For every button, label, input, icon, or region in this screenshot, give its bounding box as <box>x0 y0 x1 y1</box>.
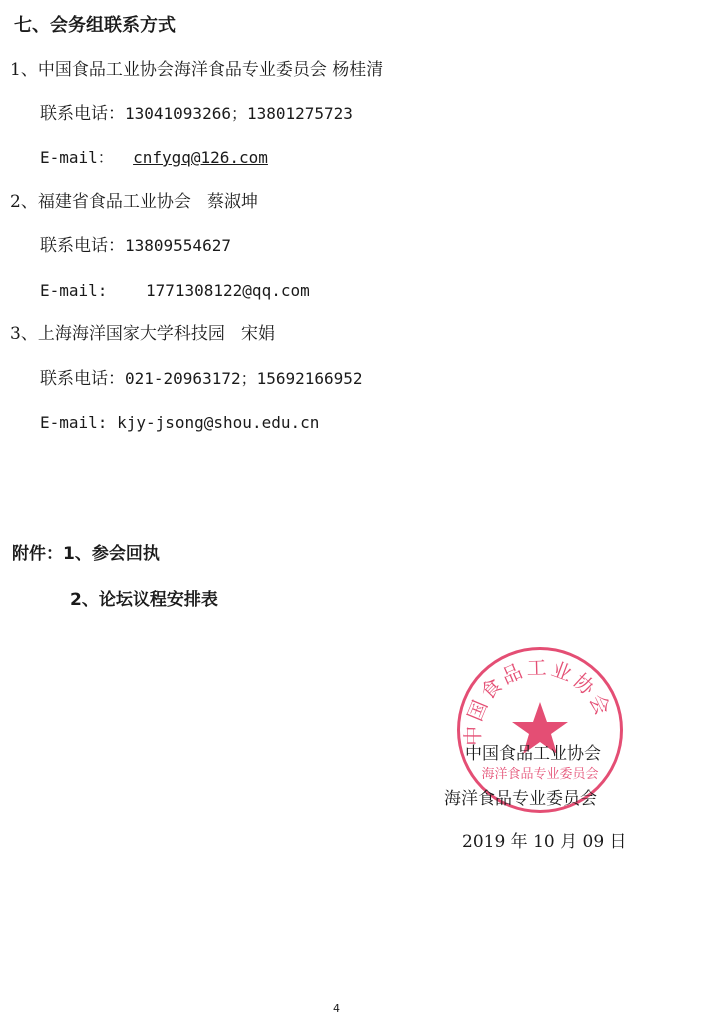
phone-value: 13041093266；13801275723 <box>125 104 353 123</box>
attachment-item: 2、论坛议程安排表 <box>70 589 218 611</box>
contact-1-email-row: E-mail： cnfygq@126.com <box>40 147 268 169</box>
contact-3-phone-row: 联系电话：021-20963172；15692166952 <box>40 368 363 390</box>
email-value: kjy-jsong@shou.edu.cn <box>117 413 319 432</box>
attachments-label: 附件： <box>12 544 63 564</box>
phone-label: 联系电话： <box>40 104 125 124</box>
contact-2-phone-row: 联系电话：13809554627 <box>40 235 231 257</box>
contact-1-phone-row: 联系电话：13041093266；13801275723 <box>40 103 353 125</box>
contact-2-org: 2、福建省食品工业协会 蔡淑坤 <box>10 191 258 213</box>
phone-label: 联系电话： <box>40 369 125 389</box>
contact-3-email-row: E-mail: kjy-jsong@shou.edu.cn <box>40 412 319 434</box>
phone-value: 021-20963172；15692166952 <box>125 369 363 388</box>
page-number: 4 <box>333 1002 340 1015</box>
email-value: 1771308122@qq.com <box>146 281 310 300</box>
signature-org-line-2: 海洋食品专业委员会 <box>444 788 597 810</box>
phone-label: 联系电话： <box>40 236 125 256</box>
email-label: E-mail： <box>40 148 114 167</box>
email-link[interactable]: cnfygq@126.com <box>133 148 268 167</box>
phone-value: 13809554627 <box>125 236 231 255</box>
signature-org-line-1: 中国食品工业协会 <box>465 743 601 765</box>
contact-3-org: 3、上海海洋国家大学科技园 宋娟 <box>10 323 275 345</box>
signature-date: 2019 年 10 月 09 日 <box>462 831 627 853</box>
attachments-row-1: 附件：1、参会回执 <box>12 543 160 565</box>
email-label: E-mail: <box>40 413 107 432</box>
contact-1-org: 1、中国食品工业协会海洋食品专业委员会 杨桂清 <box>10 59 383 81</box>
attachment-item: 1、参会回执 <box>63 544 160 564</box>
seal-graphic: 中国食品工业协会 海洋食品专业委员会 <box>460 650 620 810</box>
section-title: 七、会务组联系方式 <box>14 15 176 37</box>
email-label: E-mail: <box>40 281 107 300</box>
contact-2-email-row: E-mail: 1771308122@qq.com <box>40 280 310 302</box>
seal-inner-text: 海洋食品专业委员会 <box>481 766 598 782</box>
